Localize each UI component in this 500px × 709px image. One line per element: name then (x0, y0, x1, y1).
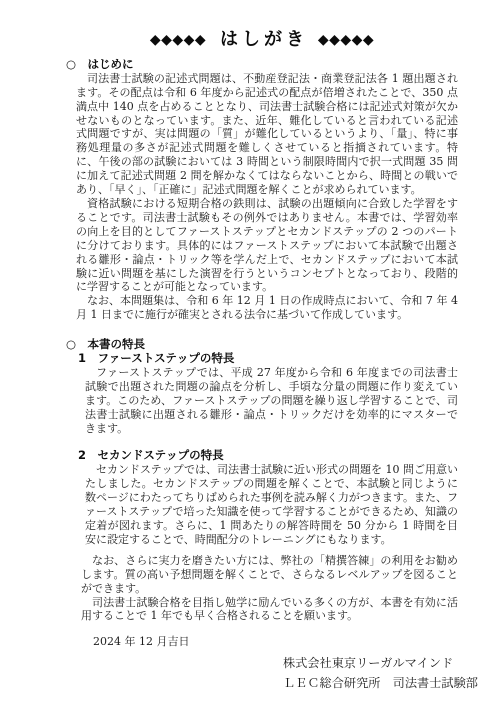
intro-paragraph-1: 司法書士試験の記述式問題は、不動産登記法・商業登記法各 1 題出題されます。その… (76, 72, 458, 197)
preface-page: ◆◆◆◆◆ はしがき ◆◆◆◆◆ ○ はじめに 司法書士試験の記述式問題は、不動… (0, 0, 500, 709)
intro-paragraph-2: 資格試験における短期合格の鉄則は、試験の出題傾向に合致した学習をすることです。司… (76, 197, 458, 294)
closing-paragraph-2: 司法書士試験合格を目指し勉学に励んでいる多くの方が、本書を有効に活用することで … (81, 596, 458, 624)
subsection-heading-first-step: 1 ファーストステップの特長 (78, 352, 458, 366)
section-heading-features: ○ 本書の特長 (66, 338, 458, 352)
title-ornament-left-icon: ◆◆◆◆◆ (150, 32, 206, 48)
section-heading-intro: ○ はじめに (66, 58, 458, 72)
page-title: ◆◆◆◆◆ はしがき ◆◆◆◆◆ (66, 33, 458, 49)
second-step-paragraph: セカンドステップでは、司法書士試験に近い形式の問題を 10 問ご用意いたしました… (85, 463, 458, 546)
subsection-heading-second-step: 2 セカンドステップの特長 (78, 449, 458, 463)
publisher-division: ＬＥＣ総合研究所 司法書士試験部 (283, 674, 458, 694)
date-line: 2024 年 12 月吉日 (93, 635, 458, 649)
publisher-company: 株式会社東京リーガルマインド (283, 654, 458, 674)
closing-paragraph-1: なお、さらに実力を磨きたい方には、弊社の「精撰答練」の利用をお勧めします。質の高… (81, 554, 458, 596)
page-title-text: はしがき (220, 29, 308, 50)
title-ornament-right-icon: ◆◆◆◆◆ (318, 32, 374, 48)
first-step-paragraph: ファーストステップでは、平成 27 年度から令和 6 年度までの司法書士試験で出… (85, 366, 458, 436)
publisher-block: 株式会社東京リーガルマインド ＬＥＣ総合研究所 司法書士試験部 (283, 654, 458, 693)
intro-paragraph-3: なお、本問題集は、令和 6 年 12 月 1 日の作成時点において、令和 7 年… (76, 294, 458, 322)
